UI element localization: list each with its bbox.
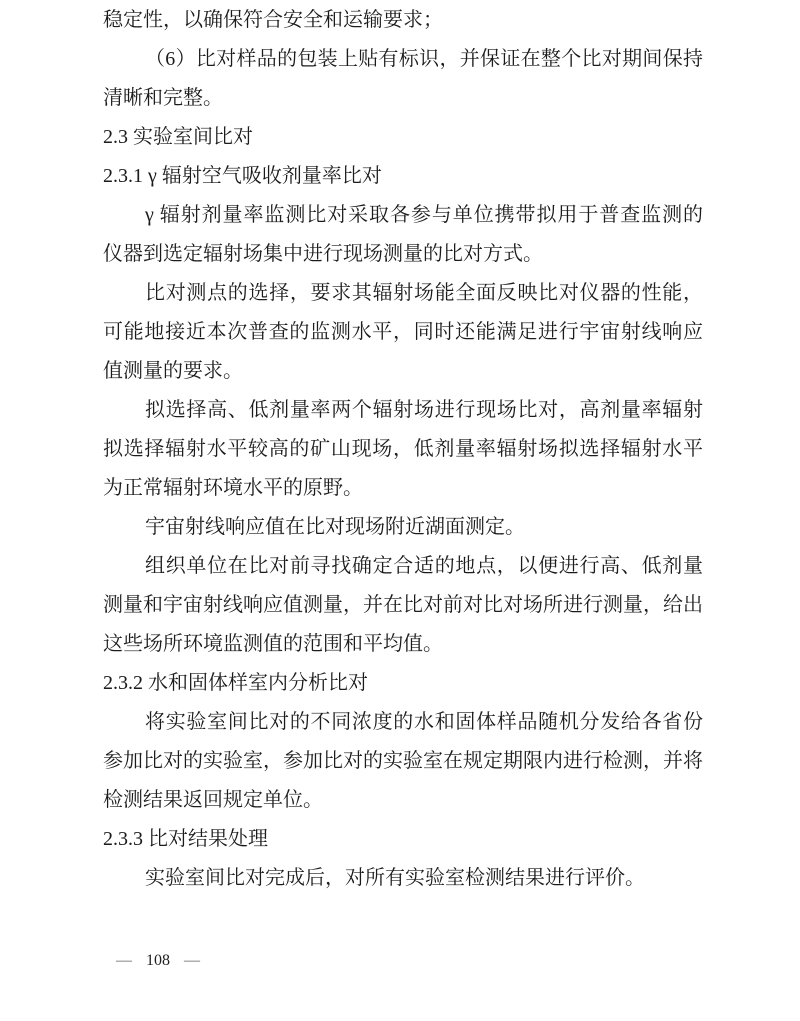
page-footer: —108—	[100, 925, 200, 997]
heading-line: 2.3 实验室间比对	[103, 118, 703, 157]
body-line: 检测结果返回规定单位。	[103, 781, 703, 820]
body-line: 宇宙射线响应值在比对现场附近湖面测定。	[103, 508, 703, 547]
heading-line: 2.3.2 水和固体样室内分析比对	[103, 664, 703, 703]
document-content: 稳定性，以确保符合安全和运输要求；（6）比对样品的包装上贴有标识，并保证在整个比…	[103, 1, 703, 898]
body-line: 测量和宇宙射线响应值测量，并在比对前对比对场所进行测量，给出	[103, 586, 703, 625]
heading-line: 2.3.3 比对结果处理	[103, 820, 703, 859]
body-line: 可能地接近本次普查的监测水平，同时还能满足进行宇宙射线响应	[103, 313, 703, 352]
body-line: 为正常辐射环境水平的原野。	[103, 469, 703, 508]
body-line: （6）比对样品的包装上贴有标识，并保证在整个比对期间保持	[103, 40, 703, 79]
document-page: 稳定性，以确保符合安全和运输要求；（6）比对样品的包装上贴有标识，并保证在整个比…	[0, 0, 800, 1021]
body-line: 清晰和完整。	[103, 79, 703, 118]
footer-left-dash: —	[116, 952, 132, 969]
footer-right-dash: —	[184, 952, 200, 969]
page-number: 108	[146, 952, 170, 969]
body-line: 仪器到选定辐射场集中进行现场测量的比对方式。	[103, 235, 703, 274]
body-line: 拟选择高、低剂量率两个辐射场进行现场比对，高剂量率辐射场	[103, 391, 703, 430]
body-line: 比对测点的选择，要求其辐射场能全面反映比对仪器的性能，尽	[103, 274, 703, 313]
body-line: 将实验室间比对的不同浓度的水和固体样品随机分发给各省份	[103, 703, 703, 742]
body-line: 组织单位在比对前寻找确定合适的地点，以便进行高、低剂量率	[103, 547, 703, 586]
body-line: 这些场所环境监测值的范围和平均值。	[103, 625, 703, 664]
body-line: 值测量的要求。	[103, 352, 703, 391]
body-line: 稳定性，以确保符合安全和运输要求；	[103, 1, 703, 40]
body-line: γ 辐射剂量率监测比对采取各参与单位携带拟用于普查监测的	[103, 196, 703, 235]
body-line: 实验室间比对完成后，对所有实验室检测结果进行评价。	[103, 859, 703, 898]
body-line: 拟选择辐射水平较高的矿山现场，低剂量率辐射场拟选择辐射水平	[103, 430, 703, 469]
heading-line: 2.3.1 γ 辐射空气吸收剂量率比对	[103, 157, 703, 196]
body-line: 参加比对的实验室，参加比对的实验室在规定期限内进行检测，并将	[103, 742, 703, 781]
